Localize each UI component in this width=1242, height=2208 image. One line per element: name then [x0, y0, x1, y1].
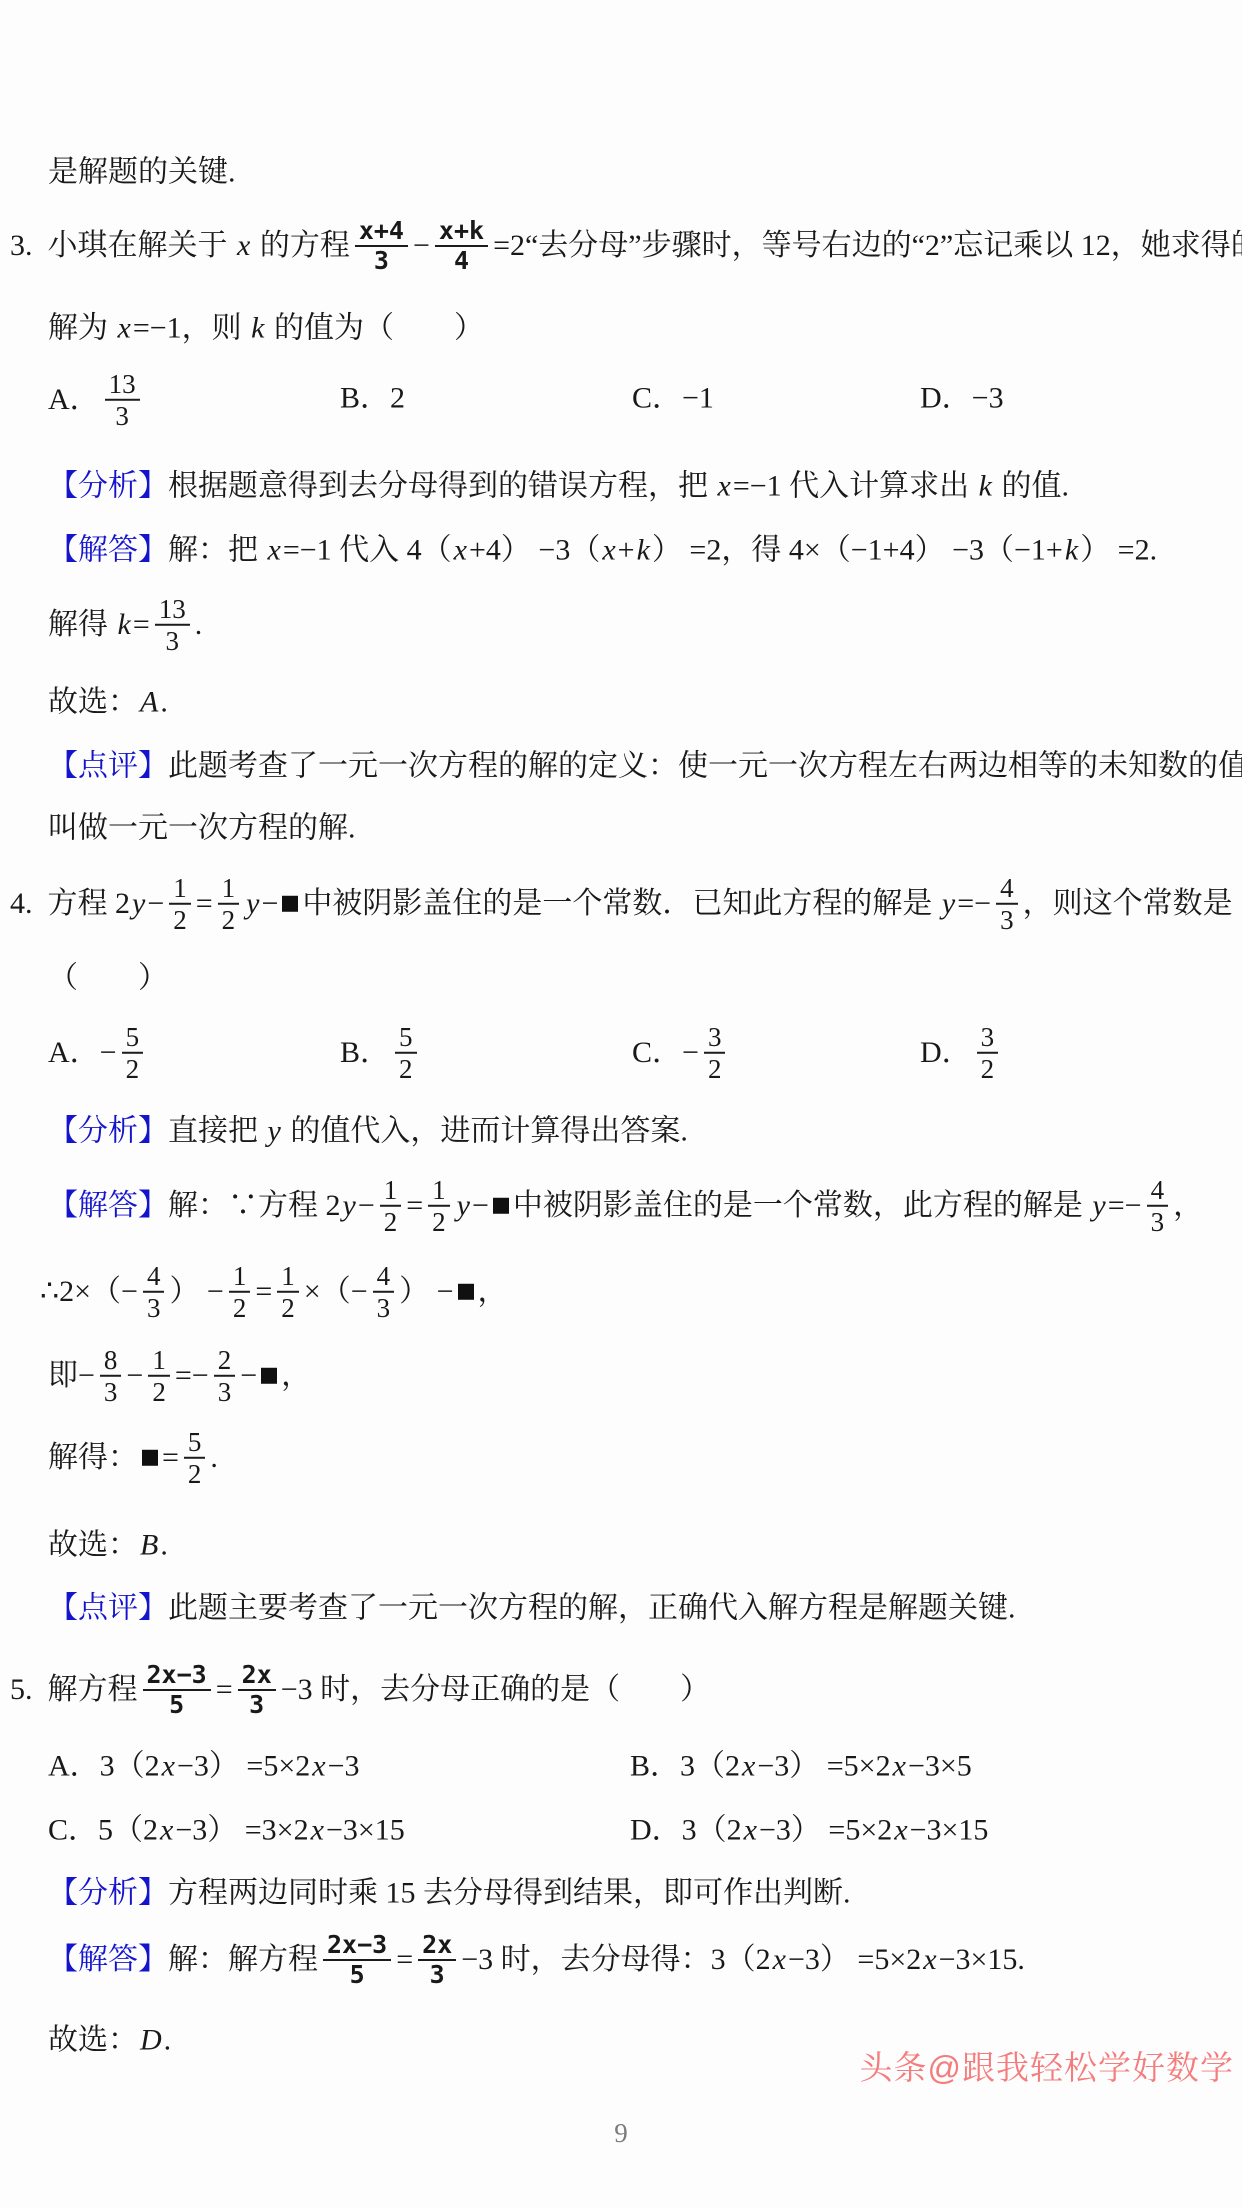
fraction: 2x−35: [323, 1931, 391, 1989]
q3-stem-line2: 解为 x=−1，则 k 的值为（ ）: [48, 309, 484, 347]
text-segment: 故选：: [48, 683, 138, 721]
text-segment: .: [160, 1526, 168, 1564]
fraction: 12: [277, 1261, 299, 1323]
text-segment: k: [116, 606, 133, 644]
fraction-numerator: 5: [395, 1022, 417, 1054]
q4-option-c: C．−32: [632, 1022, 730, 1084]
text-segment: .: [160, 683, 168, 721]
fraction: 43: [373, 1261, 395, 1323]
q3-option-d: D．−3: [920, 379, 1004, 417]
q3-choice: 故选：A.: [48, 683, 168, 721]
text-segment: 是解题的关键.: [48, 153, 236, 191]
fraction-denominator: 3: [428, 1961, 447, 1989]
section-label: 【分析】: [48, 1112, 168, 1150]
text-segment: 方程两边同时乘 15 去分母得到结果，即可作出判断.: [168, 1874, 851, 1912]
q5-option-b: B．3（2x−3） =5×2x−3×5: [630, 1747, 972, 1785]
q5-option-a: A．3（2x−3） =5×2x−3: [48, 1747, 360, 1785]
fraction-numerator: 1: [148, 1345, 170, 1377]
text-segment: 此题考查了一元一次方程的解的定义：使一元一次方程左右两边相等的未知数的值: [168, 747, 1242, 785]
text-segment: D．: [920, 1034, 972, 1072]
fraction-numerator: 5: [122, 1022, 144, 1054]
fraction-denominator: 3: [216, 1377, 234, 1407]
text-segment: x: [452, 531, 469, 569]
page-number: 9: [0, 2118, 1242, 2149]
text-segment: =: [406, 1187, 423, 1225]
fraction: 133: [105, 369, 140, 431]
text-segment: ，则这个常数是: [1023, 885, 1233, 923]
fraction: x+k4: [435, 217, 488, 275]
text-segment: −: [126, 1357, 143, 1395]
watermark: 头条@跟我轻松学好数学: [860, 2042, 1235, 2089]
fraction-denominator: 3: [375, 1293, 393, 1323]
q4-answer: 【解答】解：∵方程 2y−12=12y−中被阴影盖住的是一个常数，此方程的解是 …: [48, 1175, 1203, 1237]
text-segment: A: [138, 683, 160, 721]
text-segment: 解：把: [168, 531, 266, 569]
fraction: 12: [169, 873, 191, 935]
fraction-numerator: 2x: [238, 1661, 276, 1691]
text-segment: D．3（2: [630, 1811, 742, 1849]
fraction-denominator: 2: [171, 905, 189, 935]
fraction-denominator: 2: [231, 1293, 249, 1323]
fraction-denominator: 2: [186, 1459, 204, 1489]
q5-choice: 故选：D.: [48, 2021, 171, 2059]
text-segment: x: [235, 227, 252, 265]
shaded-box-icon: [458, 1284, 474, 1300]
q5-option-d: D．3（2x−3） =5×2x−3×15: [630, 1811, 988, 1849]
text-segment: y: [266, 1112, 283, 1150]
text-segment: =: [133, 606, 150, 644]
text-segment: x: [160, 1747, 177, 1785]
fraction-denominator: 2: [397, 1054, 415, 1084]
text-segment: ，: [281, 1357, 311, 1395]
text-segment: x: [891, 1747, 908, 1785]
text-segment: “去分母”步骤时，等号右边的“2”忘记乘以 12，她求得的: [525, 227, 1242, 265]
q5-answer: 【解答】解：解方程2x−35=2x3−3 时，去分母得：3（2x−3） =5×2…: [48, 1931, 1025, 1989]
fraction-denominator: 3: [164, 626, 182, 656]
shaded-box-icon: [493, 1198, 509, 1214]
q3-solve: 解得 k=133.: [48, 594, 202, 656]
text-segment: 解得：: [48, 1439, 138, 1477]
text-segment: =: [196, 885, 213, 923]
section-label: 【解答】: [48, 531, 168, 569]
text-segment: A．3（2: [48, 1747, 160, 1785]
text-segment: −3 时，去分母正确的是（ ）: [281, 1671, 710, 1709]
fraction-denominator: 2: [150, 1377, 168, 1407]
text-segment: 解：解方程: [168, 1941, 318, 1979]
fraction-denominator: 3: [1149, 1207, 1167, 1237]
text-segment: −: [472, 1187, 489, 1225]
text-segment: x: [740, 1747, 757, 1785]
text-segment: −3） =3×2: [175, 1811, 308, 1849]
text-segment: =−: [175, 1357, 209, 1395]
text-segment: −3） =5×2: [788, 1941, 921, 1979]
fraction-numerator: 1: [169, 873, 191, 905]
fraction: 12: [218, 873, 240, 935]
text-segment: 解得: [48, 606, 116, 644]
fraction-denominator: 3: [113, 401, 131, 431]
text-segment: −3: [328, 1747, 360, 1785]
fraction: x+43: [355, 217, 408, 275]
fraction: 12: [428, 1175, 450, 1237]
fraction-numerator: 4: [143, 1261, 165, 1293]
fraction: 2x3: [238, 1661, 276, 1719]
fraction-denominator: 3: [372, 247, 391, 275]
fraction-numerator: 3: [977, 1022, 999, 1054]
text-segment: 的值为（ ）: [267, 309, 485, 347]
text-segment: −3 时，去分母得：3（2: [461, 1941, 770, 1979]
fraction-denominator: 2: [382, 1207, 400, 1237]
q4-choice: 故选：B.: [48, 1526, 168, 1564]
q3-option-b: B．2: [340, 379, 405, 417]
fraction: 2x3: [418, 1931, 456, 1989]
section-label: 【分析】: [48, 467, 168, 505]
fraction-numerator: 4: [373, 1261, 395, 1293]
fraction-denominator: 2: [979, 1054, 997, 1084]
fraction-numerator: 3: [704, 1022, 726, 1054]
fraction-denominator: 3: [102, 1377, 120, 1407]
fraction-numerator: 1: [218, 873, 240, 905]
text-segment: −3） =5×2: [757, 1747, 890, 1785]
text-segment: −3×5: [908, 1747, 972, 1785]
text-segment: 叫做一元一次方程的解.: [48, 809, 356, 847]
text-segment: C．5（2: [48, 1811, 158, 1849]
fraction-denominator: 5: [348, 1961, 367, 1989]
fraction-numerator: 2x−3: [323, 1931, 391, 1961]
text-segment: −3） =5×2: [759, 1811, 892, 1849]
q4-step2: ∴2×（−43） −12=12×（−43） −，: [40, 1261, 508, 1323]
text-segment: −: [413, 227, 430, 265]
text-segment: 解：∵方程 2: [168, 1187, 341, 1225]
fraction-numerator: 1: [380, 1175, 402, 1207]
fraction-denominator: 3: [998, 905, 1016, 935]
fraction-numerator: 2x: [418, 1931, 456, 1961]
text-segment: .: [164, 2021, 172, 2059]
text-segment: ×（−: [304, 1273, 368, 1311]
text-segment: 中被阴影盖住的是一个常数．已知此方程的解是: [302, 885, 940, 923]
text-segment: ） =2，得 4×（−1+4） −3（−1+: [652, 531, 1063, 569]
text-segment: y: [455, 1187, 472, 1225]
text-segment: .: [195, 606, 203, 644]
text-segment: 的方程: [252, 227, 350, 265]
q4-stem: 4. 方程 2y−12=12y−中被阴影盖住的是一个常数．已知此方程的解是 y=…: [10, 873, 1233, 935]
fraction: 52: [395, 1022, 417, 1084]
q5-option-c: C．5（2x−3） =3×2x−3×15: [48, 1811, 405, 1849]
fraction-numerator: 13: [155, 594, 190, 626]
text-segment: k: [249, 309, 266, 347]
text-segment: B: [138, 1526, 160, 1564]
text-segment: y: [130, 885, 147, 923]
q4-stem-paren: （ ）: [48, 959, 168, 997]
fraction-numerator: 13: [105, 369, 140, 401]
text-segment: ） =2.: [1080, 531, 1157, 569]
fraction: 12: [380, 1175, 402, 1237]
text-segment: −3×15.: [939, 1941, 1025, 1979]
fraction-numerator: 1: [229, 1261, 251, 1293]
q3-answer: 【解答】解：把 x=−1 代入 4（x+4） −3（x+k） =2，得 4×（−…: [48, 531, 1157, 569]
text-segment: x: [309, 1811, 326, 1849]
section-label: 【点评】: [48, 1589, 168, 1627]
q3-comment-line1: 【点评】此题考查了一元一次方程的解的定义：使一元一次方程左右两边相等的未知数的值: [48, 747, 1242, 785]
text-segment: +: [618, 531, 635, 569]
text-segment: k: [635, 531, 652, 569]
fraction: 32: [704, 1022, 726, 1084]
text-segment: +4） −3（: [469, 531, 600, 569]
q4-option-b: B．52: [340, 1022, 422, 1084]
text-segment: ，: [478, 1273, 508, 1311]
text-segment: 4. 方程 2: [10, 885, 130, 923]
fraction-denominator: 5: [167, 1691, 186, 1719]
section-label: 【分析】: [48, 1874, 168, 1912]
text-segment: =−1 代入计算求出: [733, 467, 977, 505]
text-segment: C．−1: [632, 379, 714, 417]
fraction: 2x−35: [143, 1661, 211, 1719]
fraction: 83: [100, 1345, 122, 1407]
text-segment: =: [162, 1439, 179, 1477]
text-segment: =−1，则: [133, 309, 249, 347]
fraction-numerator: 5: [184, 1427, 206, 1459]
text-segment: −: [240, 1357, 257, 1395]
text-segment: ∴2×（−: [40, 1273, 138, 1311]
text-segment: =2: [493, 227, 525, 265]
text-segment: x: [266, 531, 283, 569]
text-segment: x: [600, 531, 617, 569]
text-segment: 的值代入，进而计算得出答案.: [283, 1112, 688, 1150]
q3-comment-line2: 叫做一元一次方程的解.: [48, 809, 356, 847]
q3-stem-line1: 3. 小琪在解关于 x 的方程x+43−x+k4=2“去分母”步骤时，等号右边的…: [10, 217, 1242, 275]
shaded-box-icon: [142, 1450, 158, 1466]
q3-option-c: C．−1: [632, 379, 714, 417]
text-segment: 直接把: [168, 1112, 266, 1150]
fraction-numerator: x+4: [355, 217, 408, 247]
fraction-denominator: 2: [220, 905, 238, 935]
section-label: 【点评】: [48, 747, 168, 785]
fraction: 23: [214, 1345, 236, 1407]
text-segment: x: [310, 1747, 327, 1785]
text-segment: B．: [340, 1034, 390, 1072]
text-segment: ） −: [399, 1273, 453, 1311]
q4-step3: 即−83−12=−23−，: [48, 1345, 311, 1407]
fraction: 12: [229, 1261, 251, 1323]
text-segment: −3×15: [326, 1811, 405, 1849]
text-segment: B．3（2: [630, 1747, 740, 1785]
text-segment: 此题主要考查了一元一次方程的解，正确代入解方程是解题关键.: [168, 1589, 1016, 1627]
text-segment: （ ）: [48, 959, 168, 997]
text-segment: =: [216, 1671, 233, 1709]
text-segment: =−1 代入 4（: [283, 531, 452, 569]
text-segment: −: [358, 1187, 375, 1225]
shaded-box-icon: [261, 1368, 277, 1384]
fraction-denominator: 3: [145, 1293, 163, 1323]
text-segment: x: [921, 1941, 938, 1979]
fraction-numerator: x+k: [435, 217, 488, 247]
fraction-denominator: 3: [247, 1691, 266, 1719]
text-segment: C．−: [632, 1034, 699, 1072]
text-segment: y: [244, 885, 261, 923]
text-segment: =−: [957, 885, 991, 923]
text-segment: x: [892, 1811, 909, 1849]
text-segment: 5. 解方程: [10, 1671, 138, 1709]
section-label: 【解答】: [48, 1941, 168, 1979]
text-segment: x: [116, 309, 133, 347]
fraction-numerator: 2: [214, 1345, 236, 1377]
fraction-numerator: 4: [996, 873, 1018, 905]
text-segment: 即−: [48, 1357, 95, 1395]
q5-analysis: 【分析】方程两边同时乘 15 去分母得到结果，即可作出判断.: [48, 1874, 851, 1912]
text-segment: 故选：: [48, 2021, 138, 2059]
text-segment: 解为: [48, 309, 116, 347]
shaded-box-icon: [282, 896, 298, 912]
text-segment: .: [210, 1439, 218, 1477]
q3-option-a: A．133: [48, 369, 145, 431]
fraction: 43: [996, 873, 1018, 935]
q4-option-d: D．32: [920, 1022, 1003, 1084]
text-segment: x: [158, 1811, 175, 1849]
q5-stem: 5. 解方程2x−35=2x3−3 时，去分母正确的是（ ）: [10, 1661, 710, 1719]
text-segment: =−: [1108, 1187, 1142, 1225]
text-segment: D: [138, 2021, 164, 2059]
text-segment: y: [1090, 1187, 1107, 1225]
fraction-numerator: 1: [277, 1261, 299, 1293]
fraction: 32: [977, 1022, 999, 1084]
fraction-denominator: 2: [430, 1207, 448, 1237]
text-segment: ） −: [169, 1273, 223, 1311]
text-segment: 根据题意得到去分母得到的错误方程，把: [168, 467, 716, 505]
text-segment: −3） =5×2: [177, 1747, 310, 1785]
fraction-numerator: 4: [1147, 1175, 1169, 1207]
fraction: 133: [155, 594, 190, 656]
fraction-denominator: 2: [706, 1054, 724, 1084]
text-segment: D．−3: [920, 379, 1004, 417]
text-segment: A．−: [48, 1034, 117, 1072]
fraction-denominator: 2: [279, 1293, 297, 1323]
fraction-numerator: 1: [428, 1175, 450, 1207]
text-segment: 3. 小琪在解关于: [10, 227, 235, 265]
fraction: 52: [184, 1427, 206, 1489]
text-segment: x: [716, 467, 733, 505]
fraction: 43: [1147, 1175, 1169, 1237]
text-segment: 的值.: [994, 467, 1069, 505]
text-segment: −: [262, 885, 279, 923]
q4-analysis: 【分析】直接把 y 的值代入，进而计算得出答案.: [48, 1112, 688, 1150]
text-segment: −3×15: [910, 1811, 989, 1849]
q4-option-a: A．−52: [48, 1022, 148, 1084]
fraction: 12: [148, 1345, 170, 1407]
text-segment: k: [1063, 531, 1080, 569]
text-segment: x: [771, 1941, 788, 1979]
text-segment: 故选：: [48, 1526, 138, 1564]
prev-comment-tail: 是解题的关键.: [48, 153, 236, 191]
text-segment: =: [396, 1941, 413, 1979]
fraction: 52: [122, 1022, 144, 1084]
fraction-denominator: 2: [124, 1054, 142, 1084]
text-segment: =: [255, 1273, 272, 1311]
page-canvas: 是解题的关键.3. 小琪在解关于 x 的方程x+43−x+k4=2“去分母”步骤…: [0, 0, 1242, 2208]
fraction: 43: [143, 1261, 165, 1323]
fraction-numerator: 2x−3: [143, 1661, 211, 1691]
section-label: 【解答】: [48, 1187, 168, 1225]
q4-step4: 解得：=52.: [48, 1427, 218, 1489]
text-segment: ，: [1173, 1187, 1203, 1225]
q4-comment: 【点评】此题主要考查了一元一次方程的解，正确代入解方程是解题关键.: [48, 1589, 1016, 1627]
text-segment: −: [147, 885, 164, 923]
q3-analysis: 【分析】根据题意得到去分母得到的错误方程，把 x=−1 代入计算求出 k 的值.: [48, 467, 1069, 505]
fraction-numerator: 8: [100, 1345, 122, 1377]
text-segment: k: [977, 467, 994, 505]
text-segment: A．: [48, 381, 100, 419]
text-segment: 中被阴影盖住的是一个常数，此方程的解是: [513, 1187, 1091, 1225]
text-segment: y: [940, 885, 957, 923]
fraction-denominator: 4: [452, 247, 471, 275]
text-segment: x: [742, 1811, 759, 1849]
text-segment: y: [341, 1187, 358, 1225]
text-segment: B．2: [340, 379, 405, 417]
